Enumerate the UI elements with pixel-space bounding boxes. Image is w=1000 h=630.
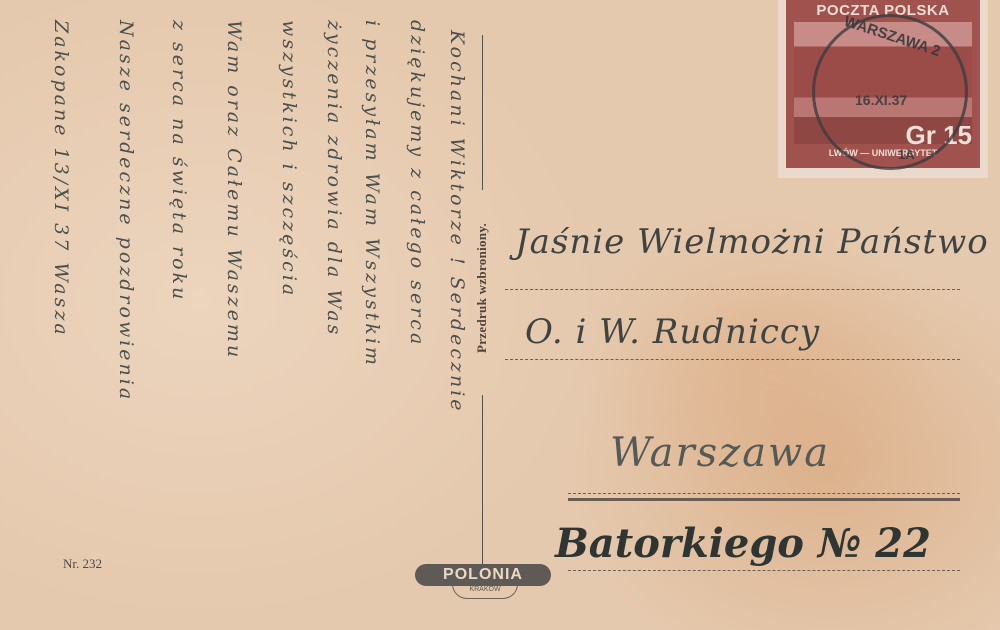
message-line-9: Zakopane 13/XI 37 Wasza: [50, 20, 72, 338]
address-line-3: Warszawa: [610, 430, 830, 476]
address-rule-3-solid: [568, 498, 960, 501]
publisher-city: KRAKÓW: [452, 584, 518, 599]
postmark-date: 16.XI.37: [855, 92, 907, 108]
message-line-5: wszystkich i szczęścia: [278, 20, 300, 298]
address-rule-2: [505, 359, 960, 360]
message-line-2: dziękujemy z całego serca: [406, 20, 428, 347]
message-line-7: z serca na święta roku: [168, 20, 190, 302]
message-line-8: Nasze serdeczne pozdrowienia: [115, 20, 137, 402]
address-rule-1: [505, 289, 960, 290]
message-line-3: i przesyłam Wam Wszystkim: [361, 20, 383, 368]
address-rule-4: [568, 570, 960, 571]
message-line-1: Kochani Wiktorze ! Serdecznie: [446, 30, 468, 414]
message-line-6: Wam oraz Całemu Waszemu: [223, 20, 245, 360]
address-rule-3: [568, 493, 960, 494]
reprint-notice: Przedruk wzbroniony.: [474, 178, 490, 398]
address-line-1: Jaśnie Wielmożni Państwo: [515, 222, 989, 262]
address-line-4: Batorkiego № 22: [555, 520, 931, 567]
serial-number: Nr. 232: [63, 556, 102, 572]
address-line-2: O. i W. Rudniccy: [525, 312, 820, 352]
publisher-logo: POLONIA: [415, 564, 551, 586]
postmark-code: 1A: [898, 147, 915, 162]
postcard-back: Przedruk wzbroniony. Nr. 232 POLONIA KRA…: [0, 0, 1000, 630]
message-line-4: życzenia zdrowia dla Was: [323, 20, 345, 337]
